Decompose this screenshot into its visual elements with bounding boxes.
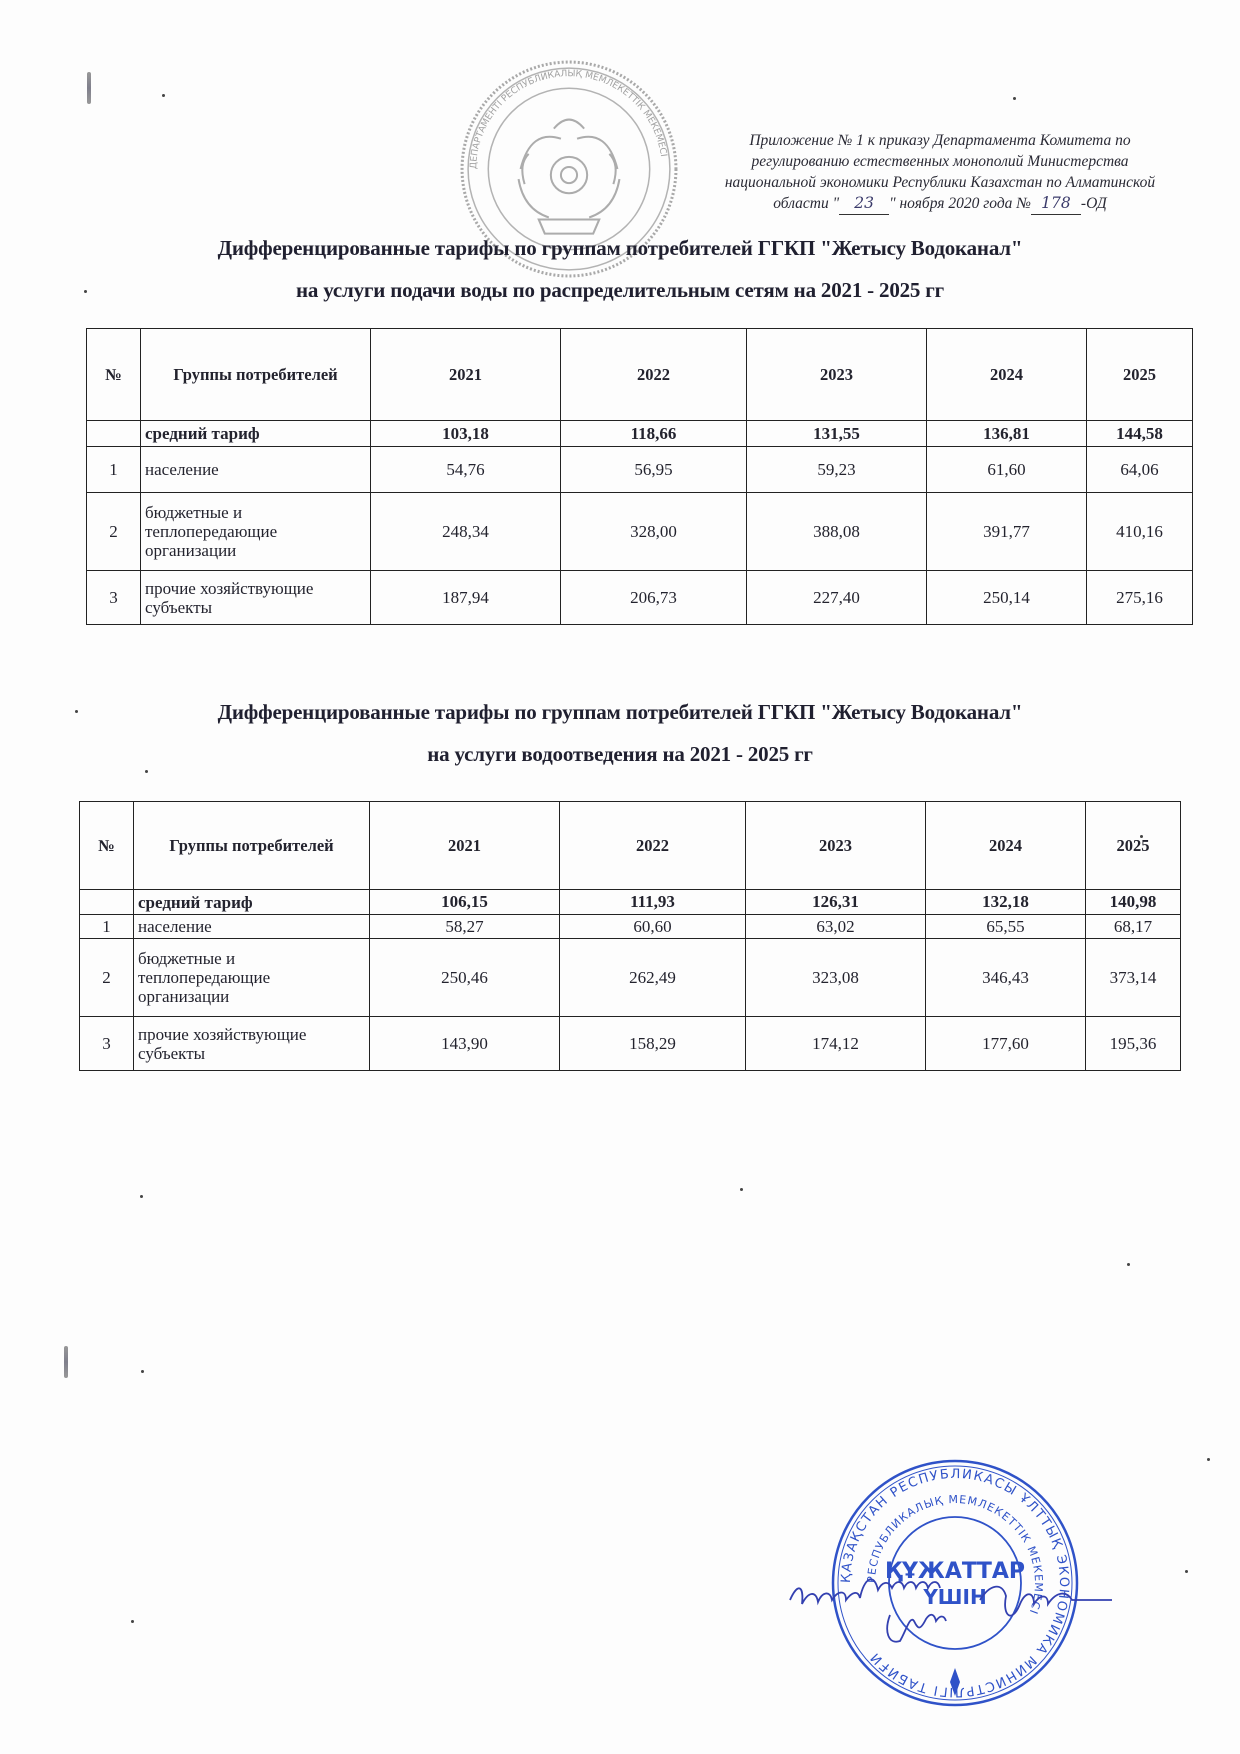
annex-line-3: национальной экономики Республики Казахс… xyxy=(680,172,1200,193)
handwritten-order-number: 178 xyxy=(1031,193,1081,215)
scan-speck xyxy=(131,1620,134,1623)
header-2024: 2024 xyxy=(926,802,1086,890)
table1-title-line-2: на услуги подачи воды по распределительн… xyxy=(0,278,1240,303)
table-header-row: № Группы потребителей 2021 2022 2023 202… xyxy=(80,802,1181,890)
scan-mark xyxy=(87,72,91,104)
wastewater-tariffs-table: № Группы потребителей 2021 2022 2023 202… xyxy=(79,801,1181,1071)
header-2025: 2025 xyxy=(1086,802,1181,890)
annex-line-1: Приложение № 1 к приказу Департамента Ко… xyxy=(680,130,1200,151)
table-row: 3 прочие хозяйствующие субъекты 187,94 2… xyxy=(87,571,1193,625)
scan-speck xyxy=(141,1370,144,1373)
header-2022: 2022 xyxy=(561,329,747,421)
annex-line-4: области "23" ноября 2020 года №178-ОД xyxy=(680,193,1200,215)
table-row-average: средний тариф 106,15 111,93 126,31 132,1… xyxy=(80,890,1181,915)
handwritten-signature xyxy=(780,1530,1120,1650)
table-row-average: средний тариф 103,18 118,66 131,55 136,8… xyxy=(87,421,1193,447)
header-2025: 2025 xyxy=(1087,329,1193,421)
table-row: 2 бюджетные и теплопередающие организаци… xyxy=(80,939,1181,1017)
scan-speck xyxy=(1207,1458,1210,1461)
scan-mark xyxy=(64,1346,68,1378)
scan-speck xyxy=(162,94,165,97)
header-2023: 2023 xyxy=(746,802,926,890)
table-row: 1 население 58,27 60,60 63,02 65,55 68,1… xyxy=(80,915,1181,939)
scan-speck xyxy=(1013,97,1016,100)
header-number: № xyxy=(87,329,141,421)
header-2022: 2022 xyxy=(560,802,746,890)
emblem-icon xyxy=(519,120,620,234)
header-groups: Группы потребителей xyxy=(141,329,371,421)
header-2021: 2021 xyxy=(370,802,560,890)
annex-note: Приложение № 1 к приказу Департамента Ко… xyxy=(680,130,1200,215)
table2-title-line-1: Дифференцированные тарифы по группам пот… xyxy=(0,700,1240,725)
scan-speck xyxy=(1127,1263,1130,1266)
annex-line-2: регулированию естественных монополий Мин… xyxy=(680,151,1200,172)
scan-speck xyxy=(140,1195,143,1198)
scan-speck xyxy=(740,1188,743,1191)
water-supply-tariffs-table: № Группы потребителей 2021 2022 2023 202… xyxy=(86,328,1193,625)
header-2024: 2024 xyxy=(927,329,1087,421)
table1-title-line-1: Дифференцированные тарифы по группам пот… xyxy=(0,236,1240,261)
handwritten-day: 23 xyxy=(839,193,889,215)
table-row: 1 население 54,76 56,95 59,23 61,60 64,0… xyxy=(87,447,1193,493)
scan-speck xyxy=(1185,1570,1188,1573)
header-groups: Группы потребителей xyxy=(134,802,370,890)
table-row: 3 прочие хозяйствующие субъекты 143,90 1… xyxy=(80,1017,1181,1071)
scan-speck xyxy=(145,770,148,773)
table-row: 2 бюджетные и теплопередающие организаци… xyxy=(87,493,1193,571)
table2-title-line-2: на услуги водоотведения на 2021 - 2025 г… xyxy=(0,742,1240,767)
table-header-row: № Группы потребителей 2021 2022 2023 202… xyxy=(87,329,1193,421)
header-2021: 2021 xyxy=(371,329,561,421)
header-number: № xyxy=(80,802,134,890)
header-2023: 2023 xyxy=(747,329,927,421)
